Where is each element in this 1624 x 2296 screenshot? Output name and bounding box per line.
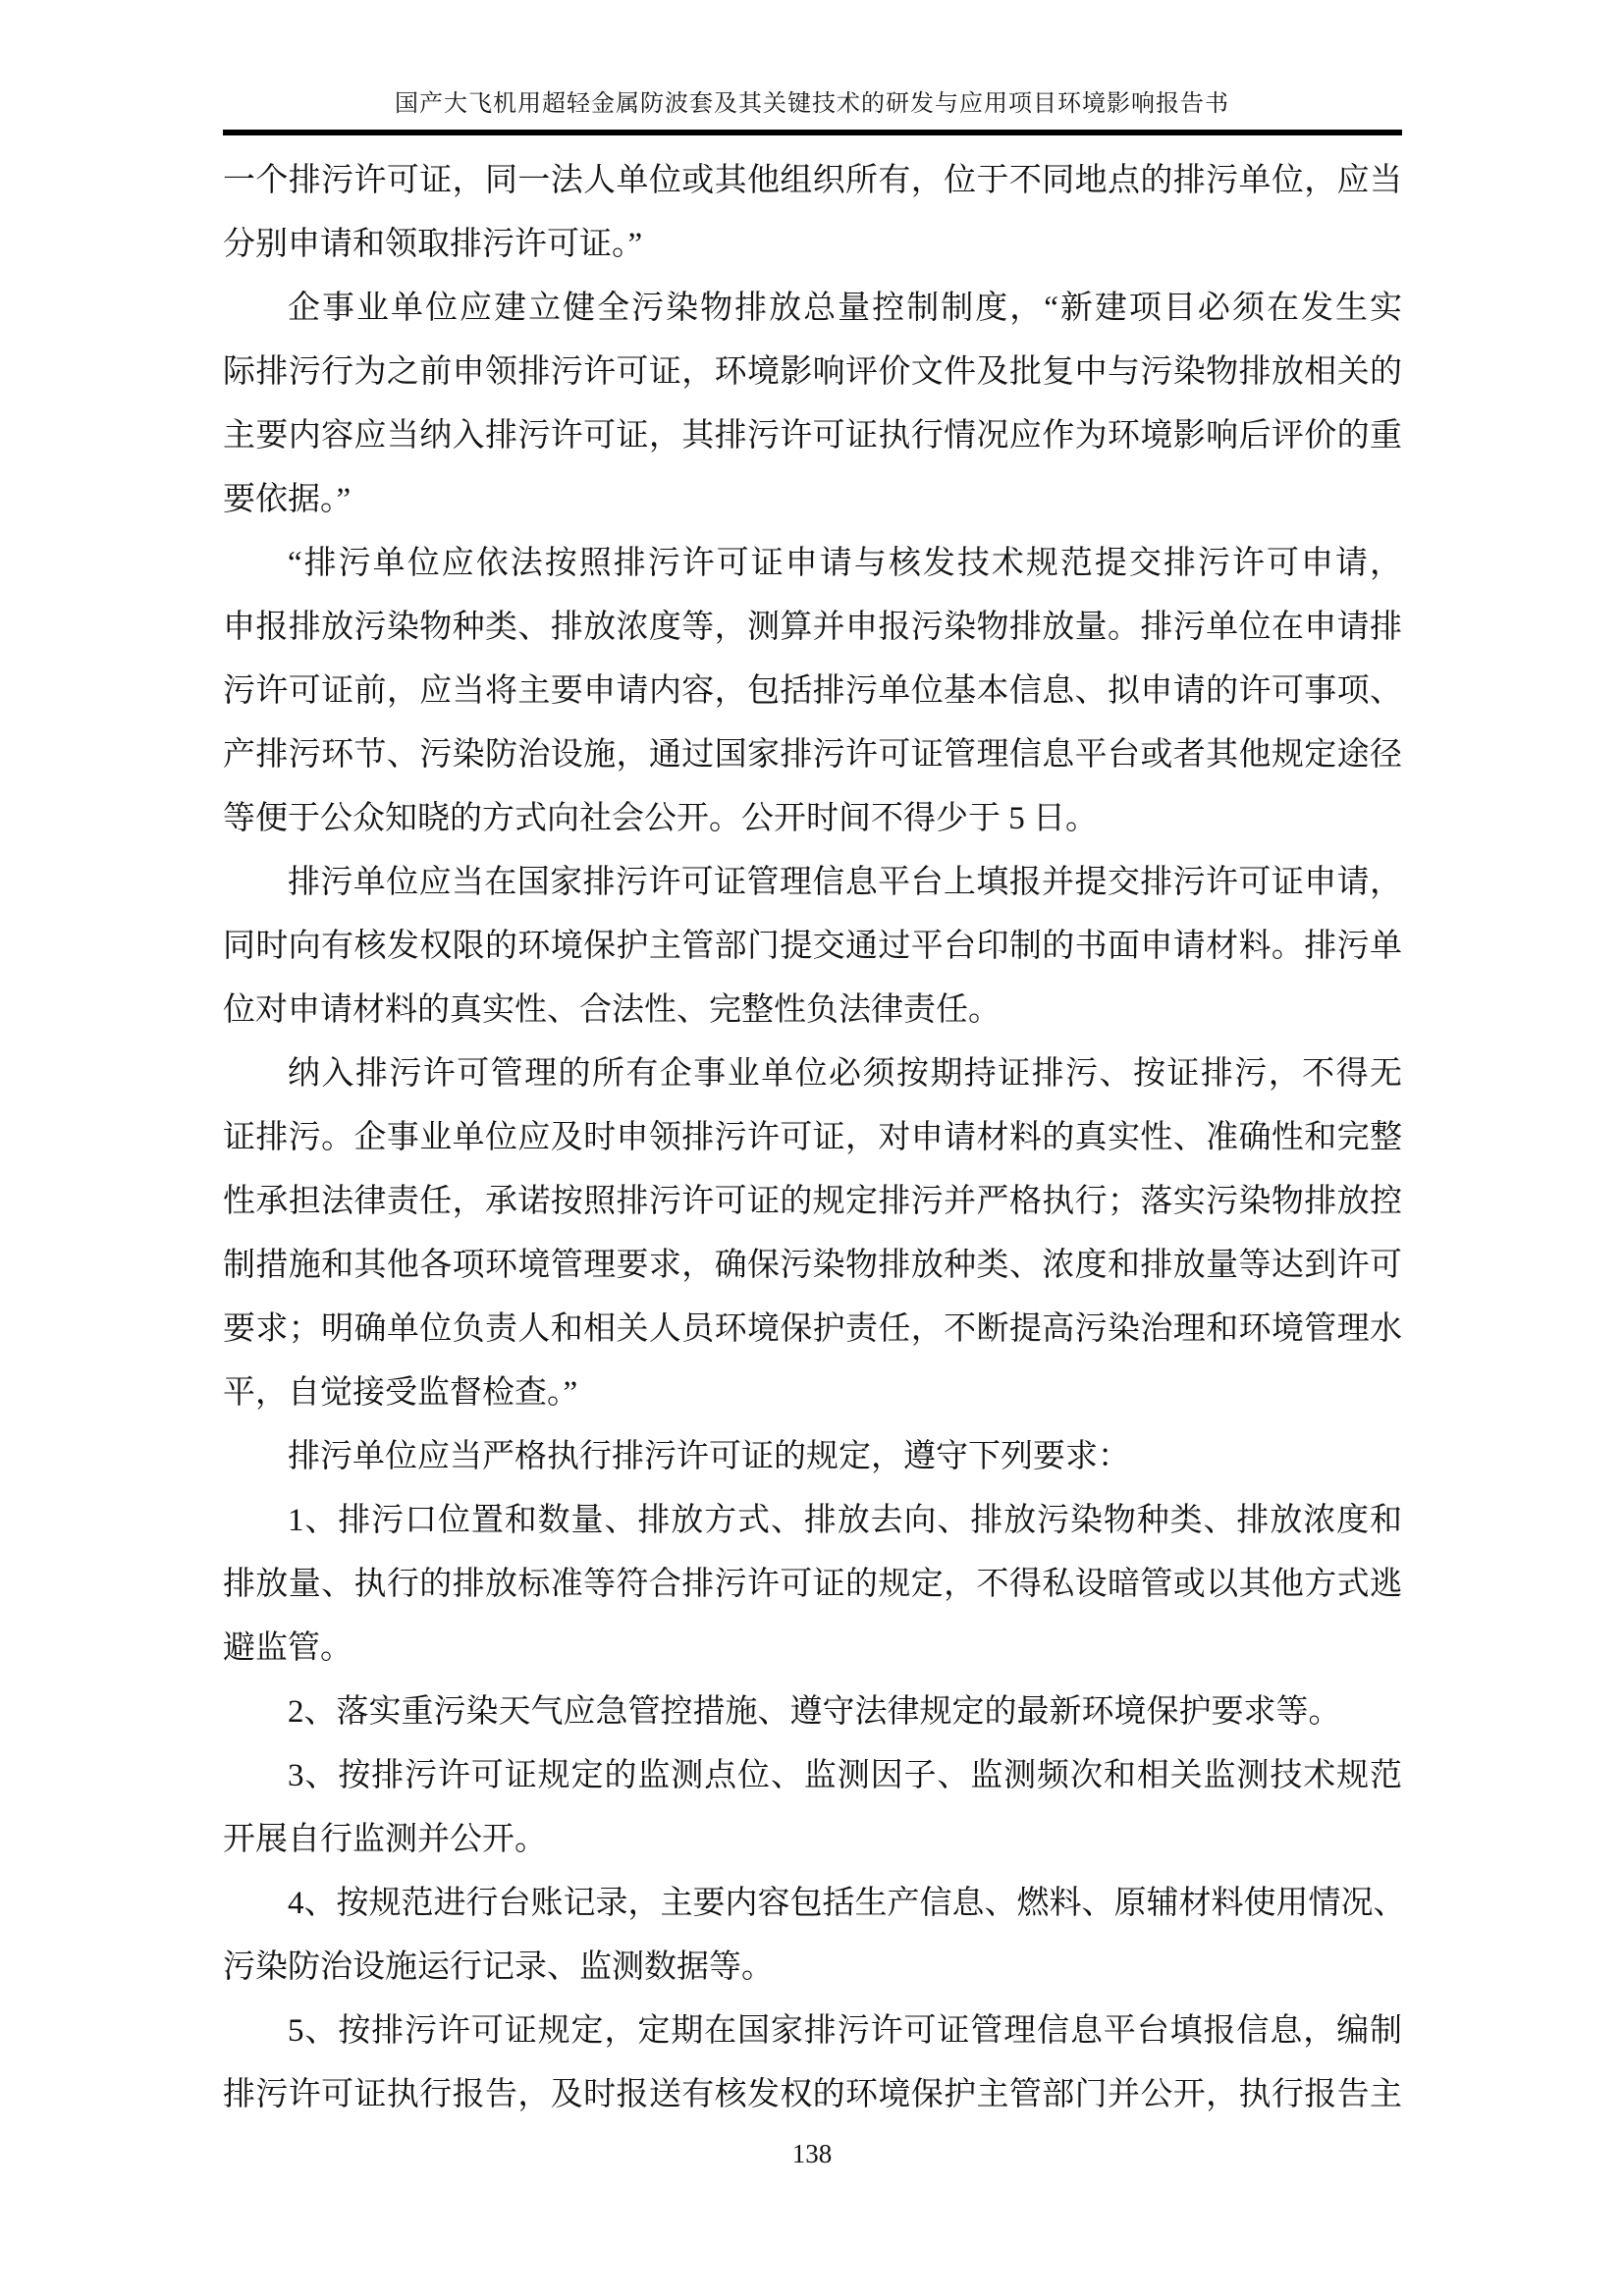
body-line: 排污单位应当在国家排污许可证管理信息平台上填报并提交排污许可证申请， xyxy=(223,851,1402,915)
body-line: 要依据。” xyxy=(223,468,1402,532)
body-line: 产排污环节、污染防治设施，通过国家排污许可证管理信息平台或者其他规定途径 xyxy=(223,723,1402,787)
body-line: 际排污行为之前申领排污许可证，环境影响评价文件及批复中与污染物排放相关的 xyxy=(223,341,1402,404)
body-line: 污许可证前，应当将主要申请内容，包括排污单位基本信息、拟申请的许可事项、 xyxy=(223,660,1402,723)
body-line: 同时向有核发权限的环境保护主管部门提交通过平台印制的书面申请材料。排污单 xyxy=(223,915,1402,979)
page-footer: 138 xyxy=(0,2136,1624,2171)
body-line: 排放量、执行的排放标准等符合排污许可证的规定，不得私设暗管或以其他方式逃 xyxy=(223,1553,1402,1617)
body-line: 分别申请和领取排污许可证。” xyxy=(223,213,1402,277)
body-line: “排污单位应依法按照排污许可证申请与核发技术规范提交排污许可申请， xyxy=(223,532,1402,596)
body-line: 一个排污许可证，同一法人单位或其他组织所有，位于不同地点的排污单位，应当 xyxy=(223,149,1402,213)
body-line: 4、按规范进行台账记录，主要内容包括生产信息、燃料、原辅材料使用情况、 xyxy=(223,1872,1402,1936)
body-line: 排污许可证执行报告，及时报送有核发权的环境保护主管部门并公开，执行报告主 xyxy=(223,2063,1402,2127)
body-line: 要求；明确单位负责人和相关人员环境保护责任，不断提高污染治理和环境管理水 xyxy=(223,1298,1402,1362)
document-page: 国产大飞机用超轻金属防波套及其关键技术的研发与应用项目环境影响报告书 一个排污许… xyxy=(0,0,1624,2296)
body-line: 污染防治设施运行记录、监测数据等。 xyxy=(223,1936,1402,2000)
body-line: 等便于公众知晓的方式向社会公开。公开时间不得少于 5 日。 xyxy=(223,787,1402,851)
body-line: 纳入排污许可管理的所有企事业单位必须按期持证排污、按证排污，不得无 xyxy=(223,1042,1402,1106)
body-line: 避监管。 xyxy=(223,1617,1402,1681)
body-line: 企事业单位应建立健全污染物排放总量控制制度，“新建项目必须在发生实 xyxy=(223,277,1402,341)
body-line: 证排污。企事业单位应及时申领排污许可证，对申请材料的真实性、准确性和完整 xyxy=(223,1106,1402,1170)
body-line: 位对申请材料的真实性、合法性、完整性负法律责任。 xyxy=(223,979,1402,1042)
body-line: 5、按排污许可证规定，定期在国家排污许可证管理信息平台填报信息，编制 xyxy=(223,2000,1402,2063)
header-rule xyxy=(223,130,1402,135)
body-line: 平，自觉接受监督检查。” xyxy=(223,1362,1402,1425)
body-line: 制措施和其他各项环境管理要求，确保污染物排放种类、浓度和排放量等达到许可 xyxy=(223,1234,1402,1298)
document-body: 一个排污许可证，同一法人单位或其他组织所有，位于不同地点的排污单位，应当分别申请… xyxy=(223,149,1402,2127)
body-line: 主要内容应当纳入排污许可证，其排污许可证执行情况应作为环境影响后评价的重 xyxy=(223,404,1402,468)
body-line: 1、排污口位置和数量、排放方式、排放去向、排放污染物种类、排放浓度和 xyxy=(223,1489,1402,1553)
body-line: 3、按排污许可证规定的监测点位、监测因子、监测频次和相关监测技术规范 xyxy=(223,1744,1402,1808)
body-line: 性承担法律责任，承诺按照排污许可证的规定排污并严格执行；落实污染物排放控 xyxy=(223,1170,1402,1234)
body-line: 申报排放污染物种类、排放浓度等，测算并申报污染物排放量。排污单位在申请排 xyxy=(223,596,1402,660)
page-number: 138 xyxy=(792,2139,833,2168)
header-title: 国产大飞机用超轻金属防波套及其关键技术的研发与应用项目环境影响报告书 xyxy=(0,84,1624,124)
body-line: 开展自行监测并公开。 xyxy=(223,1808,1402,1872)
body-line: 2、落实重污染天气应急管控措施、遵守法律规定的最新环境保护要求等。 xyxy=(223,1681,1402,1744)
body-line: 排污单位应当严格执行排污许可证的规定，遵守下列要求： xyxy=(223,1425,1402,1489)
